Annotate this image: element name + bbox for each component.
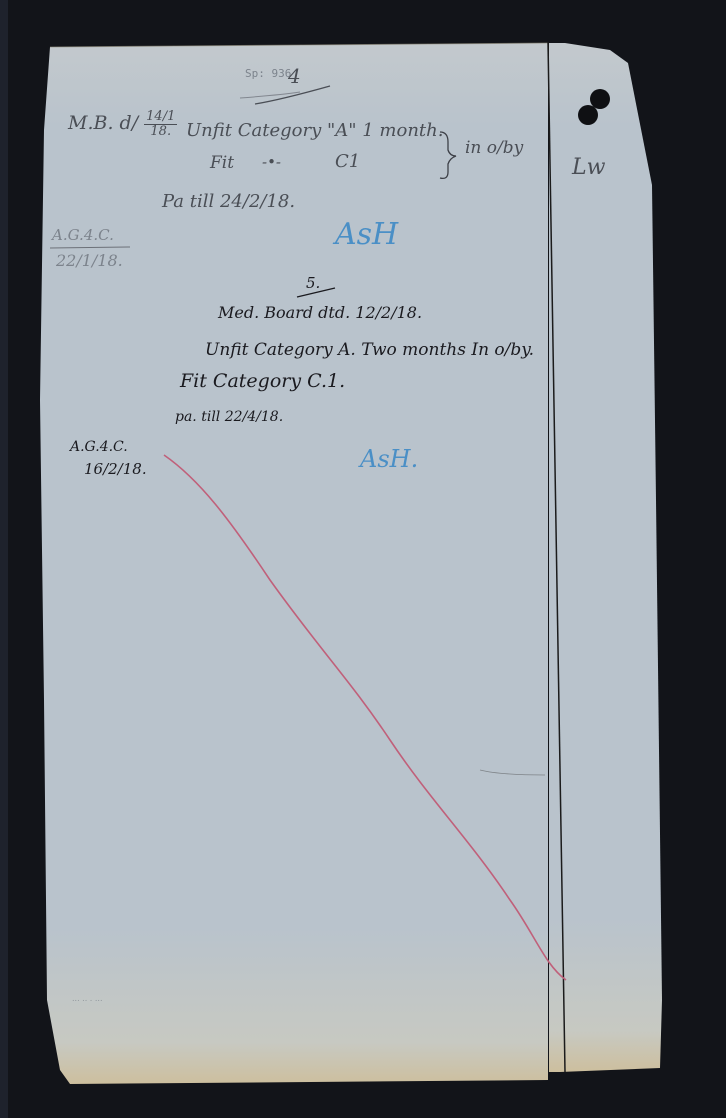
entry-5-line-4: pa. till 22/4/18.	[175, 410, 283, 424]
entry-4-line-3: Pa till 24/2/18.	[162, 193, 295, 211]
entry-5-initials: AsH.	[360, 447, 418, 471]
entry-4-left-note-2: 22/1/18.	[56, 253, 123, 269]
entry-5-left-note-1: A.G.4.C.	[70, 440, 128, 454]
folio-number: 4	[288, 66, 301, 86]
entry-4-marginal-date: 14/1 18.	[144, 110, 177, 138]
entry-4-line-1: Unfit Category "A" 1 month.	[186, 122, 443, 140]
footer-faint-text: ... .. . ...	[72, 995, 103, 1003]
entry-4-brace-note: in o/by	[465, 140, 523, 157]
entry-4-line-2-value: C1	[335, 153, 360, 171]
entry-5-number: 5.	[306, 276, 320, 291]
entry-4-line-2-prefix: Fit	[210, 155, 234, 172]
entry-4-ditto-mark: -•-	[262, 155, 281, 170]
entry-4-left-note-1: A.G.4.C.	[52, 228, 114, 243]
entry-4-initials: AsH	[335, 220, 398, 250]
right-column-initials: Lw	[572, 157, 605, 179]
entry-5-left-note-2: 16/2/18.	[84, 462, 147, 477]
punch-hole-icon	[578, 105, 598, 125]
document-sheet: Sp: 936 4 M.B. d/ 14/1 18. Unfit Categor…	[0, 0, 726, 1118]
entry-5-line-1: Med. Board dtd. 12/2/18.	[218, 305, 422, 321]
entry-5-line-2: Unfit Category A. Two months In o/by.	[205, 342, 534, 359]
entry-4-marginal-label: M.B. d/ 14/1 18.	[68, 110, 177, 138]
entry-5-line-3: Fit Category C.1.	[180, 372, 345, 391]
paper-shape	[0, 0, 726, 1118]
archive-stamp-reference: Sp: 936	[245, 68, 291, 79]
